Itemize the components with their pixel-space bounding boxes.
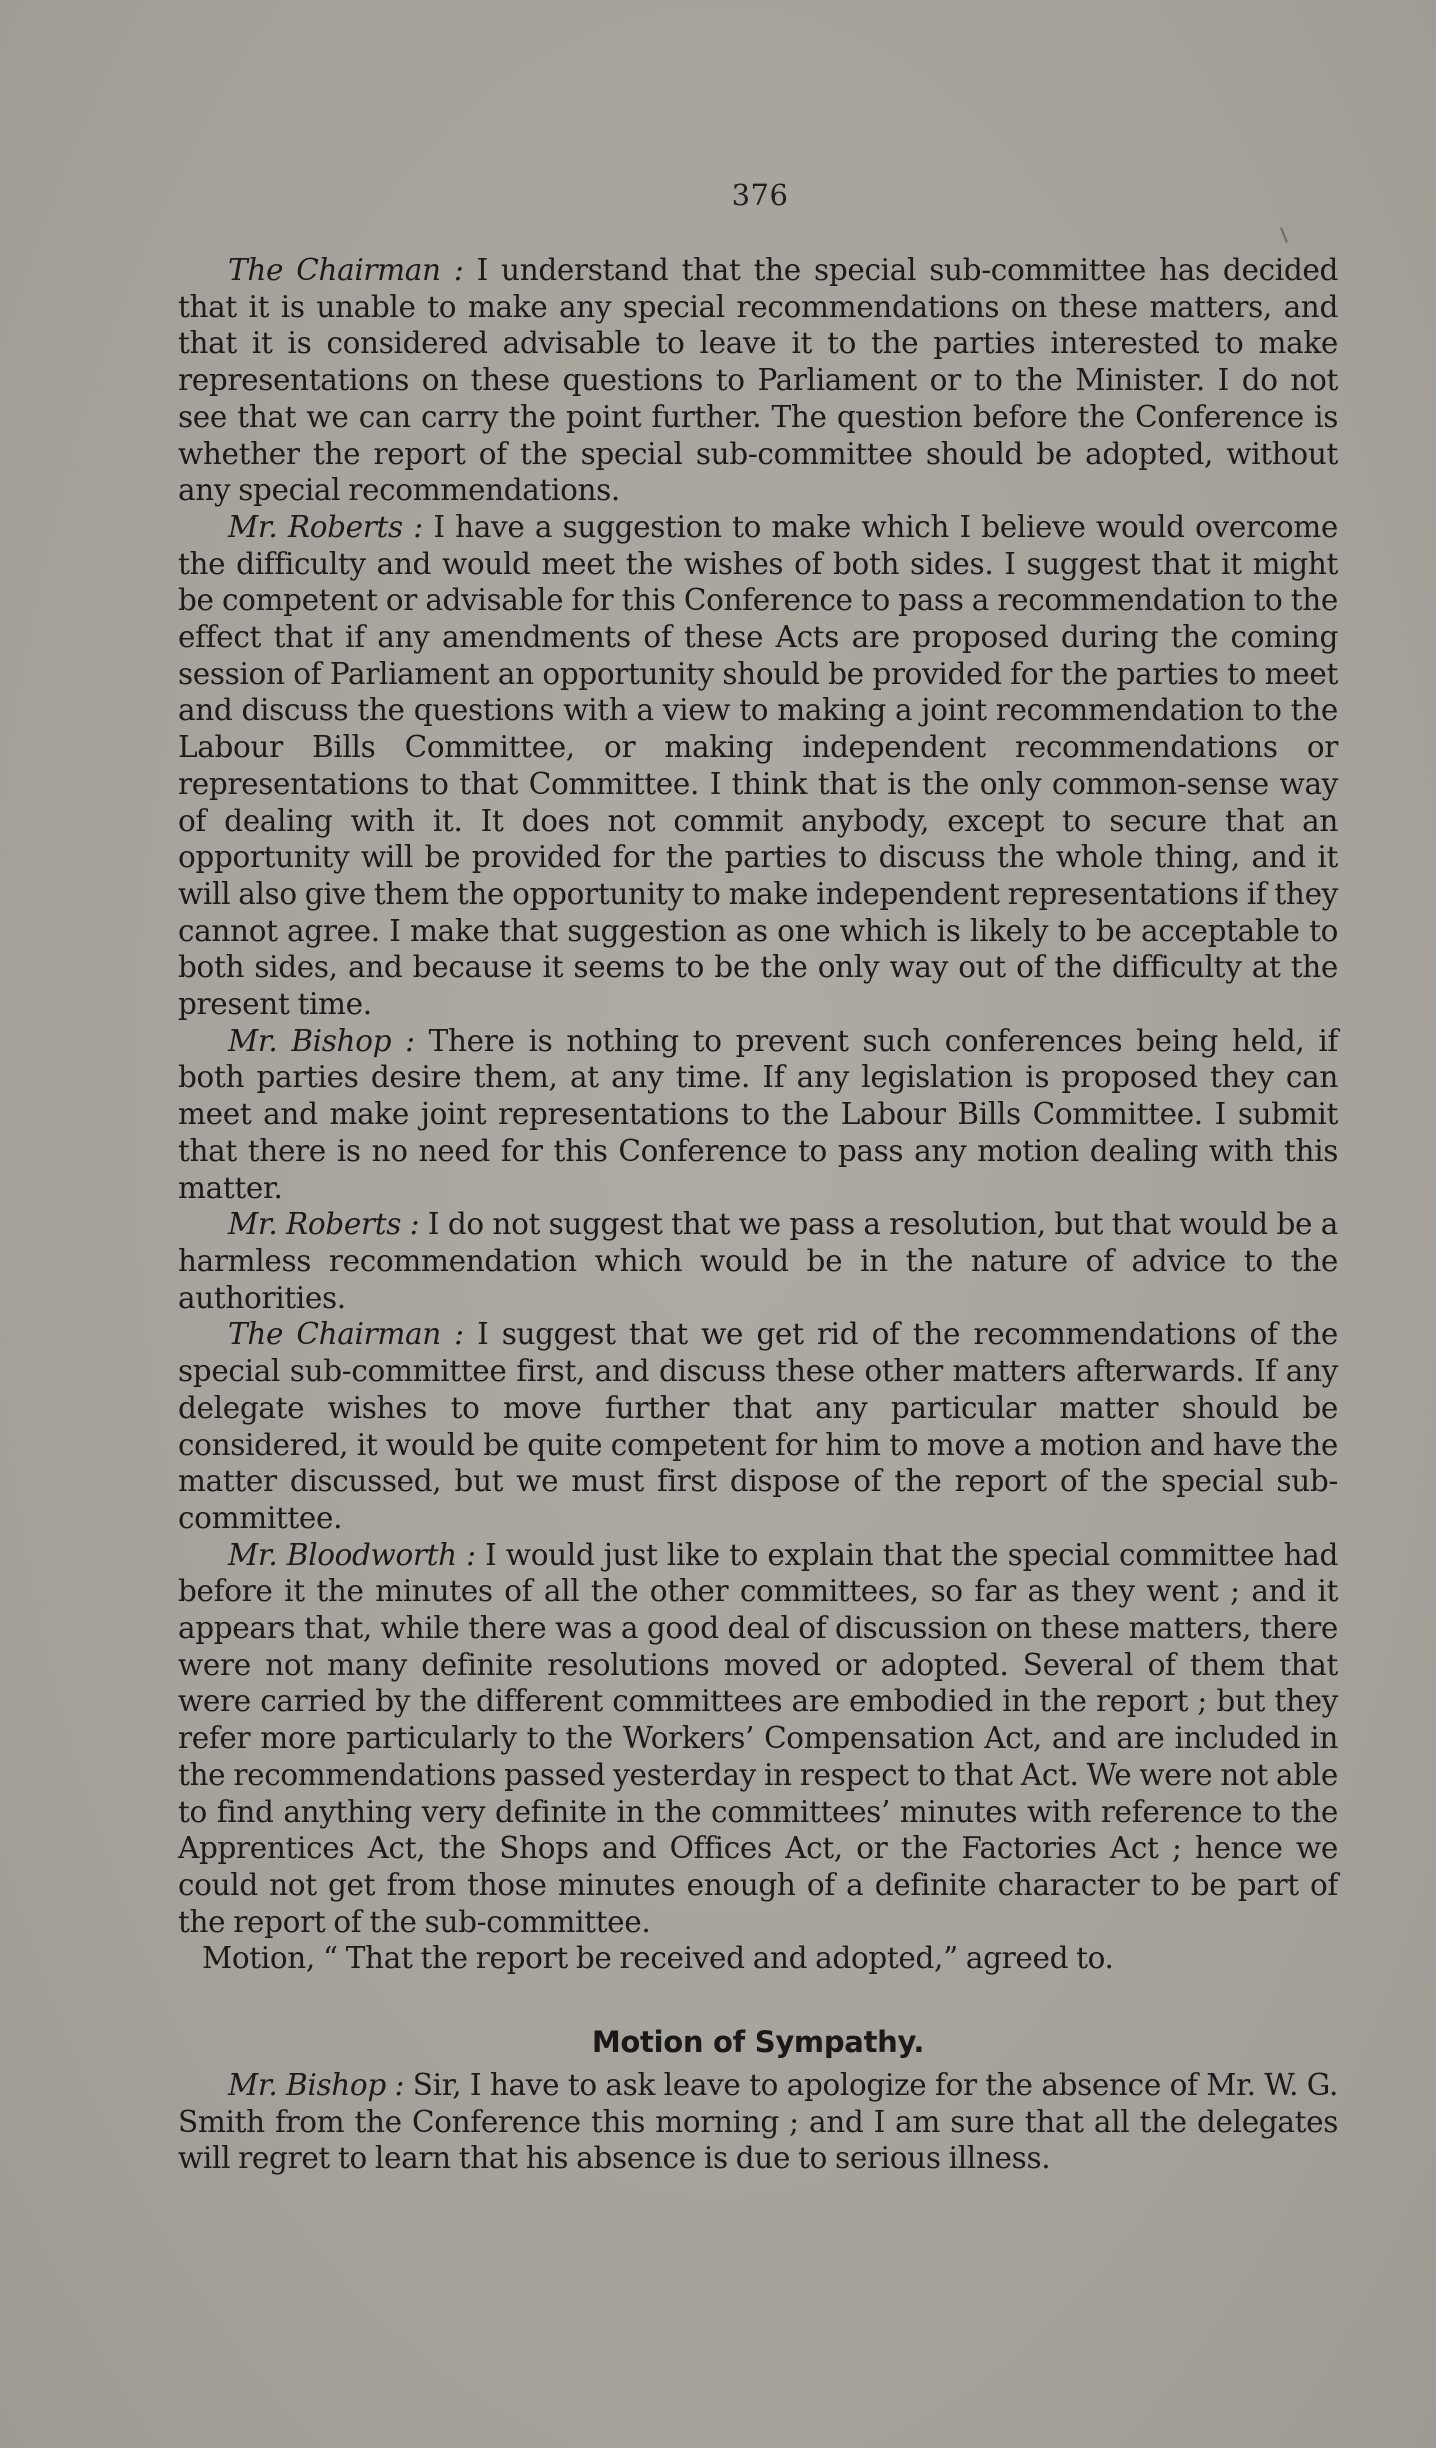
paragraph-text: I would just like to explain that the sp… bbox=[178, 1538, 1338, 1939]
paragraph-text: I have a suggestion to make which I beli… bbox=[178, 510, 1338, 1021]
paragraph-text: I understand that the special sub-commit… bbox=[178, 253, 1338, 507]
speaker-name: Mr. Bishop : bbox=[228, 1024, 415, 1058]
paragraph-bishop-1: Mr. Bishop : There is nothing to prevent… bbox=[178, 1023, 1338, 1207]
speaker-name: Mr. Roberts : bbox=[228, 1207, 419, 1241]
speaker-name: Mr. Roberts : bbox=[228, 510, 423, 544]
page-number: 376 bbox=[180, 178, 1340, 212]
section-heading: Motion of Sympathy. bbox=[178, 2025, 1338, 2059]
speaker-name: Mr. Bloodworth : bbox=[228, 1538, 476, 1572]
paragraph-chairman-2: The Chairman : I suggest that we get rid… bbox=[178, 1316, 1338, 1536]
paragraph-chairman-1: The Chairman : I understand that the spe… bbox=[178, 252, 1338, 509]
speaker-name: The Chairman : bbox=[228, 253, 463, 287]
speaker-name: Mr. Bishop : bbox=[228, 2068, 404, 2102]
paragraph-roberts-1: Mr. Roberts : I have a suggestion to mak… bbox=[178, 509, 1338, 1023]
speaker-name: The Chairman : bbox=[228, 1317, 464, 1351]
paragraph-bloodworth-1: Mr. Bloodworth : I would just like to ex… bbox=[178, 1537, 1338, 1941]
paragraph-bishop-sympathy: Mr. Bishop : Sir, I have to ask leave to… bbox=[178, 2067, 1338, 2177]
document-page: 376 The Chairman : I understand that the… bbox=[178, 178, 1338, 2177]
motion-resolution: Motion, “ That the report be received an… bbox=[178, 1940, 1338, 1977]
paragraph-roberts-2: Mr. Roberts : I do not suggest that we p… bbox=[178, 1206, 1338, 1316]
motion-text: Motion, “ That the report be received an… bbox=[202, 1941, 1114, 1975]
